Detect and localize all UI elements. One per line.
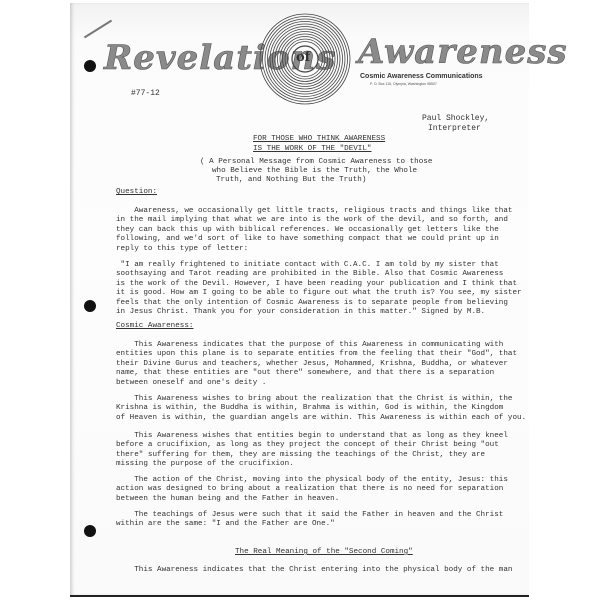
interpreter-role: Interpreter (428, 124, 481, 133)
punch-hole-middle (84, 300, 96, 312)
subheading-line-2: who Believe the Bible is the Truth, the … (212, 167, 417, 176)
org-name: Cosmic Awareness Communications (360, 73, 483, 80)
answer-paragraph-2: This Awareness wishes to bring about the… (116, 395, 526, 423)
answer-paragraph-1: This Awareness indicates that the purpos… (116, 341, 517, 388)
section-title-second-coming: The Real Meaning of the "Second Coming" (235, 548, 413, 557)
answer-paragraph-5: The teachings of Jesus were such that it… (116, 511, 503, 530)
answer-paragraph-6: This Awareness indicates that the Christ… (116, 566, 512, 575)
punch-hole-bottom (84, 525, 96, 537)
issue-number: #77-12 (131, 89, 160, 98)
punch-hole-top (84, 60, 96, 72)
logo-of-text: of (296, 50, 310, 65)
heading-line-2: IS THE WORK OF THE "DEVIL" (253, 145, 371, 154)
heading-line-1: FOR THOSE WHO THINK AWARENESS (253, 135, 385, 144)
answer-paragraph-3: This Awareness wishes that entities begi… (116, 432, 508, 470)
org-address: P. O. Box 115, Olympia, Washington 98507 (370, 82, 437, 86)
letterhead-title-right: Awareness (358, 32, 567, 72)
subheading-line-3: Truth, and Nothing But the Truth) (216, 176, 366, 185)
subheading-line-1: ( A Personal Message from Cosmic Awarene… (200, 158, 432, 167)
answer-label: Cosmic Awareness: (116, 322, 193, 331)
question-label: Question: (116, 188, 157, 197)
quoted-letter: "I am really frightened to initiate cont… (116, 261, 522, 317)
interpreter-name: Paul Shockley, (422, 114, 489, 123)
answer-paragraph-4: The action of the Christ, moving into th… (116, 476, 508, 504)
question-paragraph: Awareness, we occasionally get little tr… (116, 207, 512, 254)
